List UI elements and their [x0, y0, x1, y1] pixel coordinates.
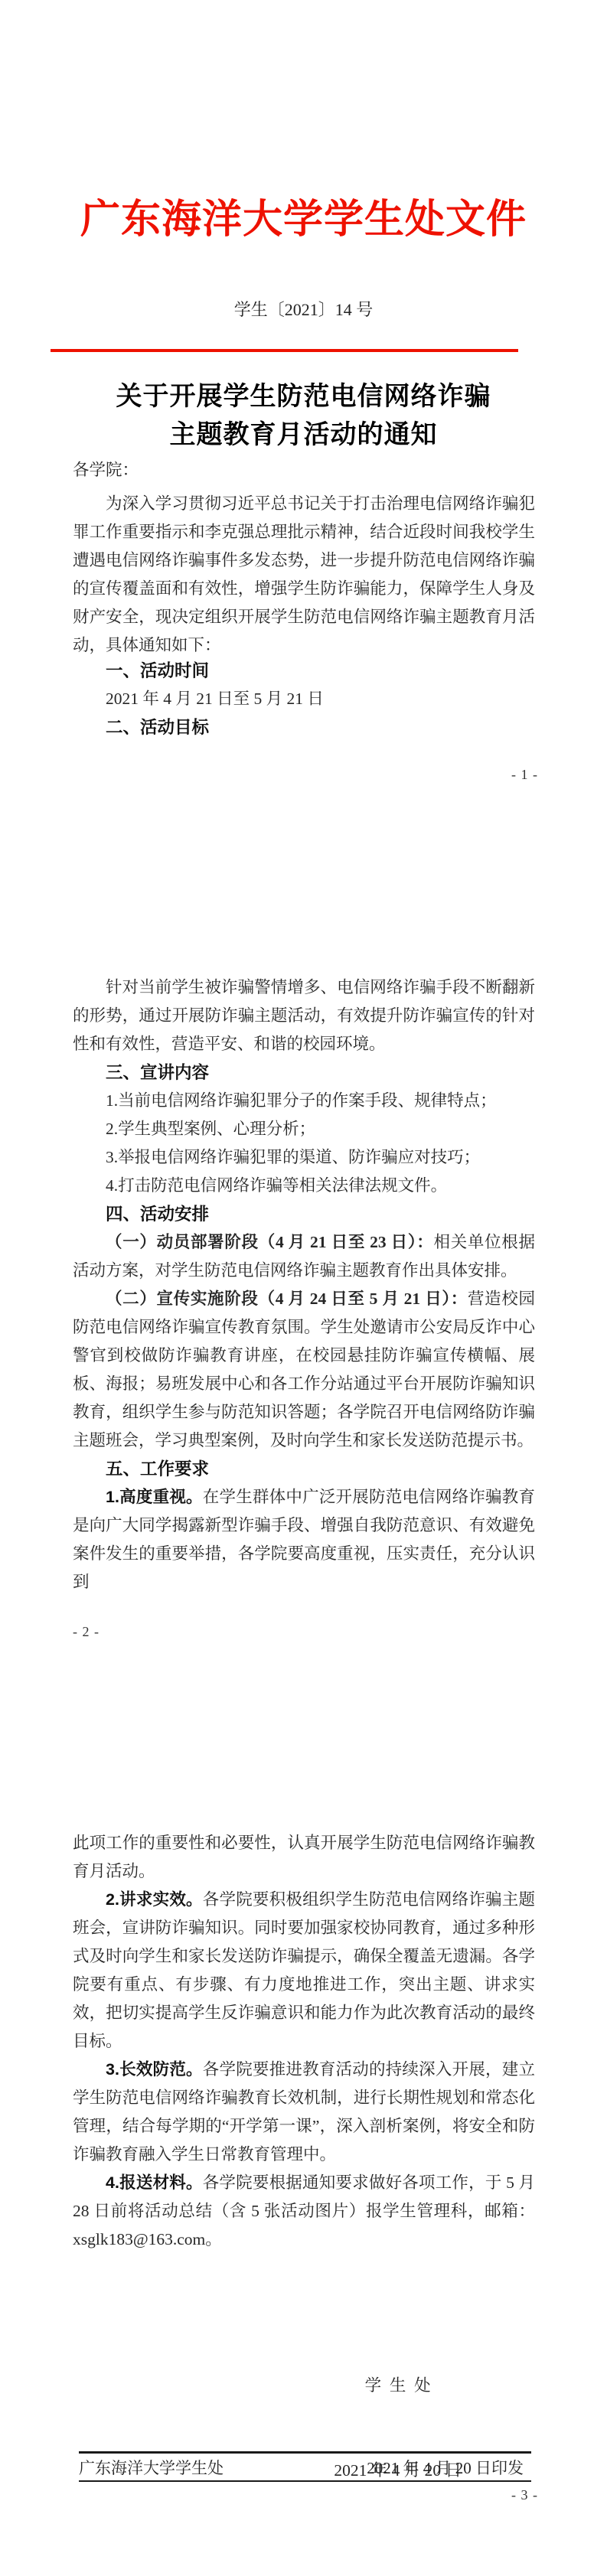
requirement4-paragraph: 4.报送材料。各学院要根据通知要求做好各项工作，于 5 月 28 日前将活动总结…	[73, 2169, 535, 2254]
requirement1-paragraph: 1.高度重视。在学生群体中广泛开展防范电信网络诈骗教育是向广大同学揭露新型诈骗手…	[73, 1483, 535, 1596]
requirement3-paragraph: 3.长效防范。各学院要推进教育活动的持续深入开展，建立学生防范电信网络诈骗教育长…	[73, 2056, 535, 2169]
content-item-4: 4.打击防范电信网络诈骗等相关法律法规文件。	[106, 1172, 447, 1200]
requirement1-continuation: 此项工作的重要性和必要性，认真开展学生防范电信网络诈骗教育月活动。	[73, 1829, 535, 1886]
page-number-1: - 1 -	[73, 765, 538, 784]
signature-org: 学 生 处	[334, 2372, 462, 2400]
letterhead-org-title: 广东海洋大学学生处文件	[0, 193, 607, 246]
letterhead-divider-line	[51, 349, 518, 352]
page-number-2: - 2 -	[73, 1622, 538, 1641]
requirement1-lead: 1.高度重视。	[106, 1488, 203, 1506]
content-item-2: 2.学生典型案例、心理分析；	[106, 1115, 315, 1143]
section-heading-require: 五、工作要求	[106, 1455, 209, 1483]
goal-paragraph: 针对当前学生被诈骗警情增多、电信网络诈骗手段不断翻新的形势，通过开展防诈骗主题活…	[73, 973, 535, 1058]
requirement2-paragraph: 2.讲求实效。各学院要积极组织学生防范电信网络诈骗主题班会，宣讲防诈骗知识。同时…	[73, 1886, 535, 2056]
page-number-3: - 3 -	[73, 2486, 538, 2504]
requirement3-lead: 3.长效防范。	[106, 2060, 203, 2079]
section-heading-content: 三、宣讲内容	[106, 1058, 209, 1087]
stage1-lead: （一）动员部署阶段（4 月 21 日至 23 日）：	[106, 1233, 434, 1251]
footer-bottom-rule	[79, 2480, 531, 2482]
content-item-1: 1.当前电信网络诈骗犯罪分子的作案手段、规律特点；	[106, 1087, 497, 1115]
activity-time-value: 2021 年 4 月 21 日至 5 月 21 日	[106, 685, 324, 713]
section-heading-arrange: 四、活动安排	[106, 1200, 209, 1228]
intro-paragraph: 为深入学习贯彻习近平总书记关于打击治理电信网络诈骗犯罪工作重要指示和李克强总理批…	[73, 490, 535, 660]
requirement2-text: 各学院要积极组织学生防范电信网络诈骗主题班会，宣讲防诈骗知识。同时要加强家校协同…	[73, 1890, 535, 2050]
requirement4-lead: 4.报送材料。	[106, 2173, 203, 2192]
stage2-lead: （二）宣传实施阶段（4 月 24 日至 5 月 21 日）：	[106, 1290, 468, 1308]
footer-org: 广东海洋大学学生处	[79, 2457, 224, 2480]
notice-title-line2: 主题教育月活动的通知	[0, 419, 607, 450]
footer-print-date: 2021 年 4 月 20 日印发	[367, 2457, 531, 2480]
content-item-3: 3.举报电信网络诈骗犯罪的渠道、防诈骗应对技巧；	[106, 1143, 480, 1172]
section-heading-goal: 二、活动目标	[106, 713, 209, 742]
stage1-paragraph: （一）动员部署阶段（4 月 21 日至 23 日）：相关单位根据活动方案，对学生…	[73, 1228, 535, 1285]
stage2-paragraph: （二）宣传实施阶段（4 月 24 日至 5 月 21 日）：营造校园防范电信网络…	[73, 1285, 535, 1455]
document-page: 广东海洋大学学生处文件 学生〔2021〕14 号 关于开展学生防范电信网络诈骗 …	[0, 0, 607, 2576]
section-heading-time: 一、活动时间	[106, 657, 209, 685]
footer-top-rule	[79, 2451, 531, 2454]
signature-block: 学 生 处 2021 年 4 月 20 日	[334, 2315, 462, 2542]
requirement2-lead: 2.讲求实效。	[106, 1890, 203, 1909]
document-number: 学生〔2021〕14 号	[0, 298, 607, 321]
salutation: 各学院：	[73, 456, 535, 484]
stage2-text: 营造校园防范电信网络诈骗宣传教育氛围。学生处邀请市公安局反诈中心警官到校做防诈骗…	[73, 1290, 535, 1449]
notice-title-line1: 关于开展学生防范电信网络诈骗	[0, 381, 607, 412]
footer-row: 广东海洋大学学生处 2021 年 4 月 20 日印发	[79, 2457, 531, 2480]
